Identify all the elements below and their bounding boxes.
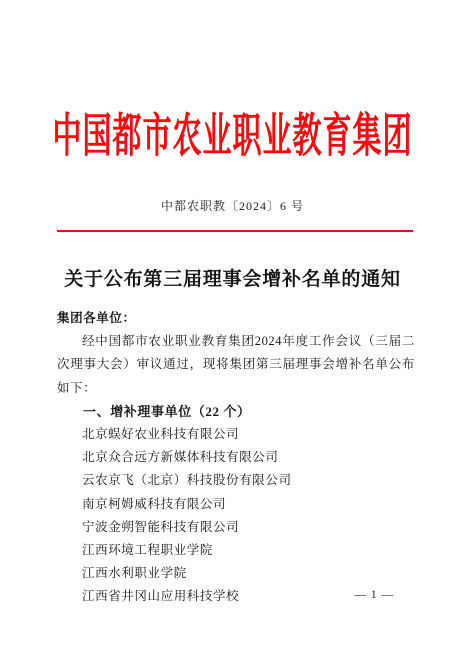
member-list-item: 北京众合远方新媒体科技有限公司 [57, 446, 415, 469]
notice-title: 关于公布第三届理事会增补名单的通知 [0, 264, 465, 291]
body-paragraph: 经中国都市农业职业教育集团2024年度工作会议（三届二次理事大会）审议通过，现将… [57, 330, 415, 400]
member-list-item: 云农京飞（北京）科技股份有限公司 [57, 469, 415, 492]
notice-body: 集团各单位： 经中国都市农业职业教育集团2024年度工作会议（三届二次理事大会）… [57, 307, 415, 609]
section-heading: 一、增补理事单位（22 个） [57, 400, 415, 423]
member-list-item: 江西水利职业学院 [57, 562, 415, 585]
document-number: 中都农职教〔2024〕6 号 [0, 197, 465, 214]
member-list-item: 北京蜈好农业科技有限公司 [57, 423, 415, 446]
member-list: 北京蜈好农业科技有限公司 北京众合远方新媒体科技有限公司 云农京飞（北京）科技股… [57, 423, 415, 609]
organization-masthead: 中国都市农业职业教育集团 [0, 113, 465, 161]
salutation: 集团各单位： [57, 307, 415, 330]
page-number: — 1 — [355, 589, 395, 601]
document-page: 中国都市农业职业教育集团 中都农职教〔2024〕6 号 关于公布第三届理事会增补… [0, 0, 465, 667]
red-divider-rule [57, 230, 413, 232]
member-list-item: 江西环境工程职业学院 [57, 539, 415, 562]
member-list-item: 宁波金朔智能科技有限公司 [57, 516, 415, 539]
member-list-item: 南京柯姆威科技有限公司 [57, 493, 415, 516]
